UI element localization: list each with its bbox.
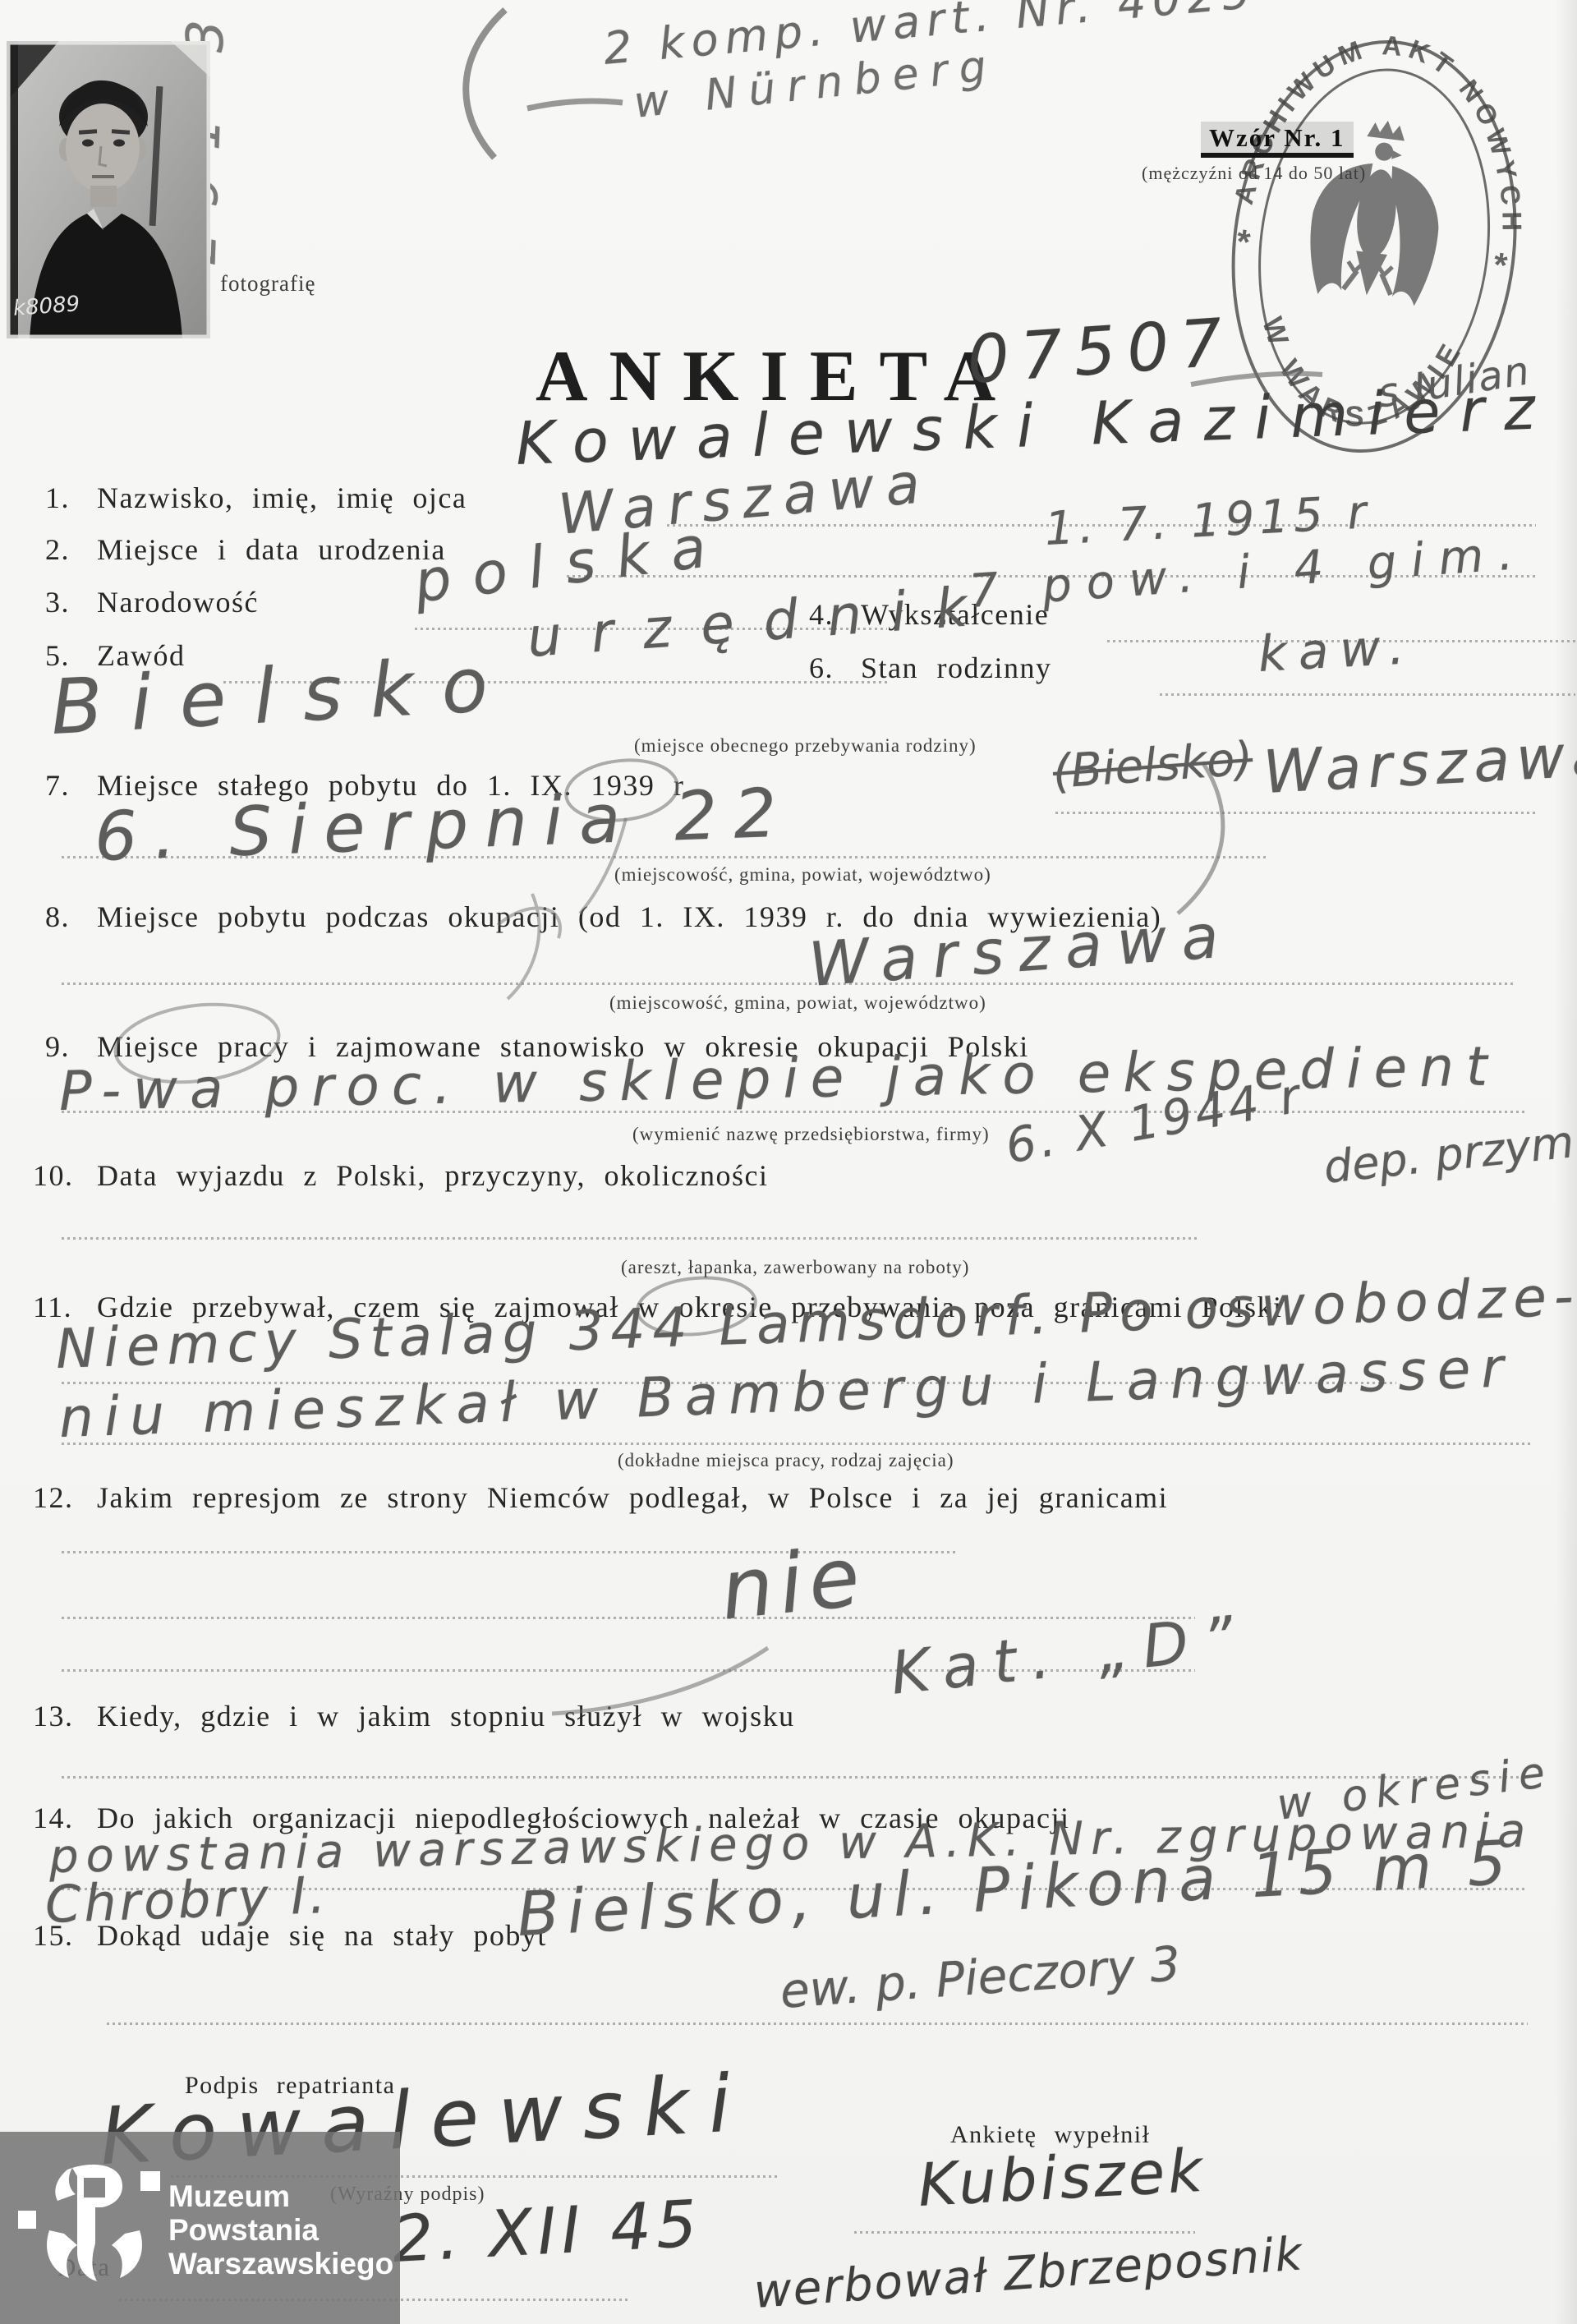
dotted-line [62,1617,1195,1619]
q13-number: 13. [33,1699,74,1733]
portrait-photo-image [7,41,210,338]
q3-number: 3. [45,585,70,619]
q13-label: Kiedy, gdzie i w jakim stopniu służył w … [97,1699,795,1733]
q12-number: 12. [33,1480,74,1515]
q15-answer-line2-handwriting: ew. p. Pieczory 3 [779,1935,1183,2019]
dotted-line [107,2023,1528,2025]
dotted-line [62,1237,1199,1240]
q2-label: Miejsce i data urodzenia [97,532,446,567]
q10-number: 10. [33,1158,74,1193]
q12-answer-handwriting: nie [716,1528,871,1639]
museum-watermark: Muzeum Powstania Warszawskiego [0,2132,400,2324]
q10-hint-below: (areszt, łapanka, zawerbowany na roboty) [621,1257,969,1278]
q7-answer-handwriting: Warszawa [1262,720,1577,807]
q6-number: 6. [809,651,834,685]
q9-number: 9. [45,1029,70,1064]
q8-number: 8. [45,900,70,934]
q7-crossed-answer-handwriting: (Bielsko) [1051,732,1255,799]
q1-label: Nazwisko, imię, imię ojca [97,481,467,515]
q1-number: 1. [45,481,70,515]
dotted-line [854,2231,1195,2234]
q9-hint-below: (wymienić nazwę przedsiębiorstwa, firmy) [632,1124,990,1145]
q12-label: Jakim represjom ze strony Niemców podleg… [97,1480,1168,1515]
q7-hint-below: (miejscowość, gmina, powiat, województwo… [614,864,991,886]
dotted-line [1055,812,1536,814]
q6-label: Stan rodzinny [861,651,1051,685]
q10-label: Data wyjazdu z Polski, przyczyny, okolic… [97,1158,768,1193]
ankieta-number-handwriting: 07507 [965,303,1236,398]
stamp-star-right: * [1492,245,1510,285]
form-model-label: Wzór Nr. 1 [1201,122,1354,158]
watermark-line1: Muzeum [168,2179,393,2213]
bottom-note-handwriting: werbował Zbrzeposnik [752,2227,1305,2319]
q2-number: 2. [45,532,70,567]
watermark-line2: Powstania [168,2213,393,2247]
watermark-line3: Warszawskiego [168,2247,393,2280]
q7-number: 7. [45,768,70,803]
q10-side-note-handwriting: dep. przym. [1322,1114,1577,1193]
filled-by-signature-handwriting: Kubiszek [917,2136,1207,2220]
dotted-line [62,1443,1532,1445]
photo-corner-code: k8089 [12,292,80,321]
scanned-ankieta-document: k8089 fotografię 291 350 2 komp. wart. N… [0,0,1577,2324]
photo-caption: fotografię [220,271,315,297]
q7-hint-above: (miejsce obecnego przebywania rodziny) [634,735,977,757]
form-model-sublabel: (mężczyźni od 14 do 50 lat) [1142,163,1366,184]
q11-hint-below: (dokładne miejsca pracy, rodzaj zajęcia) [618,1450,954,1471]
dotted-line [62,983,1515,985]
portrait-photo: k8089 [7,41,210,338]
q8-hint-below: (miejscowość, gmina, powiat, województwo… [609,992,986,1014]
q14-answer-line3-handwriting: Chrobry I. [44,1865,330,1935]
q3-label: Narodowość [97,585,259,619]
dotted-line [1160,693,1575,696]
pw-anchor-logo-icon [16,2163,160,2294]
date-handwriting: 2. XII 45 [391,2187,704,2277]
q6-answer-handwriting: kaw. [1257,618,1417,683]
